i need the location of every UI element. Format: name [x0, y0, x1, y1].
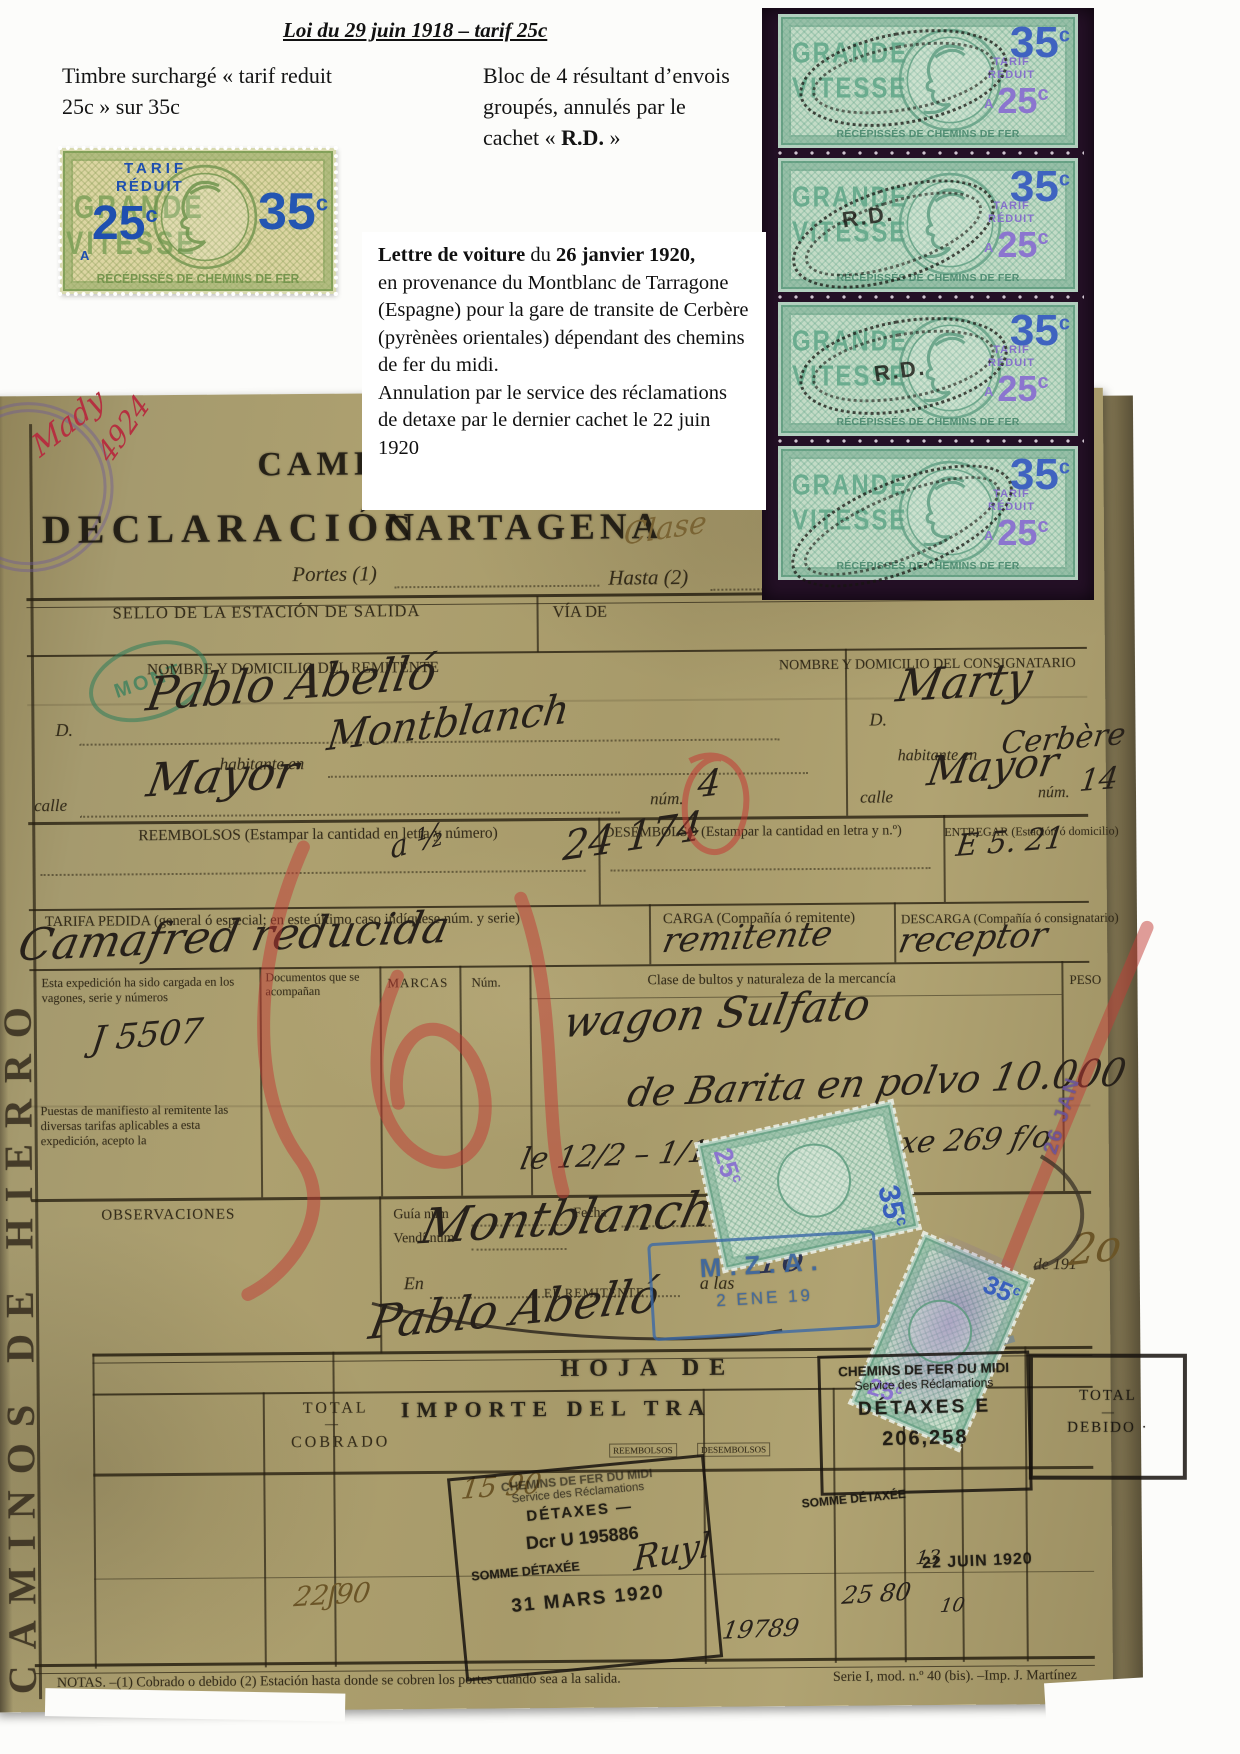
- stamp-value-c: c: [1059, 24, 1070, 46]
- overprint-tarif-reduit: TARIFRÉDUIT: [988, 200, 1035, 226]
- form-rule: [536, 596, 538, 652]
- overprint-value: 25: [997, 368, 1037, 409]
- consignatario-num-handwriting: 14: [1078, 761, 1121, 799]
- calle-label-remitente: calle: [34, 796, 67, 816]
- calle-label-consignatario: calle: [860, 787, 893, 807]
- midi-detaxes-cachet-2: CHEMINS DE FER DU MIDI Service des Récla…: [447, 1454, 723, 1682]
- consignatario-name-handwriting: Marty: [892, 653, 1036, 713]
- remitente-num-handwriting: 4: [696, 762, 723, 806]
- amount-25-80: 25 80: [840, 1578, 913, 1610]
- stamp-value-c: c: [1059, 312, 1070, 334]
- total-debido-box: TOTAL — DEBIDO ·: [1029, 1354, 1187, 1480]
- hoja-header: HOJA DE: [560, 1355, 735, 1383]
- mza-cachet: M.Z.A. 2 ENE 19: [647, 1230, 880, 1342]
- stamp-footer: RÉCÉPISSÉS DE CHEMINS DE FER: [778, 416, 1078, 428]
- mza-line2: 2 ENE 19: [653, 1282, 876, 1315]
- perforation-row: [772, 148, 1084, 158]
- overprint-a: A: [984, 96, 993, 111]
- fiscal-stamp-2: GRANDEVITESSE 35c TARIFRÉDUIT A25c RÉCÉP…: [778, 158, 1078, 292]
- portes-label: Portes (1): [292, 561, 377, 587]
- mars-date-cachet: 31 MARS 1920: [462, 1577, 715, 1623]
- stamp-footer: RÉCÉPISSÉS DE CHEMINS DE FER: [778, 128, 1078, 140]
- overprint-c: c: [1037, 371, 1048, 393]
- importe-header: IMPORTE DEL TRA: [401, 1395, 712, 1423]
- hasta-label: Hasta (2): [608, 565, 688, 591]
- total-debido-dash: —: [1033, 1405, 1183, 1420]
- fiscal-stamp-3: GRANDEVITESSE 35c TARIFRÉDUIT A25c RÉCÉP…: [778, 302, 1078, 436]
- perforation-row: [772, 292, 1084, 302]
- midi-detaxes-cachet: CHEMINS DE FER DU MIDI Service des Récla…: [817, 1350, 1032, 1495]
- stamp-value-c: c: [1059, 456, 1070, 478]
- sello-label: SELLO DE LA ESTACIÓN DE SALIDA: [112, 601, 420, 623]
- overprint-c: c: [1037, 227, 1048, 249]
- overprint-25c: A25c: [984, 224, 1049, 266]
- stamp-tarif-reduit-25c: GRANDE VITESSE 35c TARIF RÉDUIT 25c A RÉ…: [60, 148, 336, 294]
- peso-label: PESO: [1069, 972, 1101, 988]
- observaciones-label: OBSERVACIONES: [101, 1207, 235, 1225]
- torn-edge: [1044, 1676, 1166, 1723]
- overprint-a: A: [80, 248, 89, 263]
- paragraph-mid: du: [525, 244, 556, 266]
- overprint-25c: 25c: [92, 196, 158, 251]
- overprint-c: c: [1037, 83, 1048, 105]
- perforation-row: [772, 436, 1084, 446]
- num-col-label: Núm.: [471, 974, 500, 990]
- stamp-value-c: c: [1059, 168, 1070, 190]
- mza-line1: M.Z.A.: [651, 1243, 874, 1287]
- paragraph-bold2: 26 janvier 1920,: [556, 244, 695, 266]
- descarga-handwriting: receptor: [895, 915, 1051, 962]
- amount-19789: 19789: [720, 1613, 801, 1644]
- midi-cachet-number: 206,258: [822, 1425, 1029, 1453]
- anno-handwriting: 2o: [1066, 1220, 1124, 1276]
- stamp-footer: RÉCÉPISSÉS DE CHEMINS DE FER: [66, 272, 331, 286]
- amount-10: 10: [939, 1594, 967, 1617]
- paragraph-bold1: Lettre de voiture: [378, 244, 525, 266]
- total-debido-label: DEBIDO ·: [1033, 1420, 1183, 1437]
- marcas-label: MARCAS: [387, 975, 448, 991]
- overprint-reduit: RÉDUIT: [116, 178, 184, 195]
- stamp-value-c: c: [892, 1215, 911, 1227]
- importe-sub2: DESEMBOLSOS: [697, 1442, 770, 1457]
- overprint-c: c: [145, 202, 157, 227]
- total-cobrado-dash: —: [325, 1416, 338, 1432]
- total-cobrado-label: COBRADO: [291, 1433, 390, 1452]
- importe-sub1: REEMBOLSOS: [609, 1443, 677, 1458]
- block-of-4-stamps: GRANDEVITESSE 35c TARIFRÉDUIT A25c RÉCÉP…: [762, 8, 1094, 600]
- header-declaracion: DECLARACIÓN: [42, 503, 422, 553]
- torn-edge: [45, 1688, 345, 1721]
- overprint-value: 25: [997, 512, 1037, 553]
- imprenta-footer: Serie I, mod. n.º 40 (bis). –Imp. J. Mar…: [833, 1668, 1077, 1686]
- stamp-value: 35: [258, 183, 316, 241]
- num-label-consignatario: núm.: [1038, 784, 1070, 802]
- manifiesto-note: Puestas de manifiesto al remitente las d…: [40, 1102, 245, 1149]
- description-text-box: Lettre de voiture du 26 janvier 1920, en…: [362, 232, 766, 510]
- d-label-consignatario: D.: [869, 709, 887, 730]
- d-label-remitente: D.: [55, 720, 73, 741]
- stamp-value-35c: 35c: [870, 1182, 912, 1231]
- overprint-a: A: [984, 240, 993, 255]
- overprint-value: 25: [997, 80, 1037, 121]
- overprint-c: c: [1037, 515, 1048, 537]
- overprint-a: A: [984, 384, 993, 399]
- amount-22-90: 22ʃ90: [292, 1577, 373, 1613]
- stamp-value-35c: 35c: [258, 182, 328, 242]
- documentos-label: Documentos que se acompañan: [265, 969, 373, 998]
- overprint-value: 25: [92, 197, 145, 250]
- midi-cachet-detaxes: DÉTAXES E: [821, 1395, 1027, 1422]
- overprint-tarif: TARIF: [124, 160, 187, 177]
- vagones-label: Esta expedición ha sido cargada en los v…: [41, 974, 246, 1006]
- marianne-medallion: [770, 1137, 858, 1225]
- remitente-calle-handwriting: Mayor: [143, 744, 303, 808]
- stamp-value-c: c: [316, 191, 328, 216]
- fiscal-stamp-1: GRANDEVITESSE 35c TARIFRÉDUIT A25c RÉCÉP…: [778, 14, 1078, 148]
- album-page: Loi du 29 juin 1918 – tarif 25c Timbre s…: [0, 0, 1240, 1754]
- overprint-25c: 25c: [707, 1144, 748, 1189]
- overprint-value: 25: [997, 224, 1037, 265]
- fiscal-stamp-4: GRANDEVITESSE 35c TARIFRÉDUIT A25c RÉCÉP…: [778, 446, 1078, 580]
- total-debido-total: TOTAL: [1033, 1388, 1183, 1405]
- carga-handwriting: remitente: [659, 914, 836, 962]
- via-label: VÍA DE: [552, 602, 607, 622]
- paragraph-body: en provenance du Montblanc de Tarragone …: [378, 270, 750, 380]
- paragraph-body2: Annulation par le service des réclamatio…: [378, 380, 750, 463]
